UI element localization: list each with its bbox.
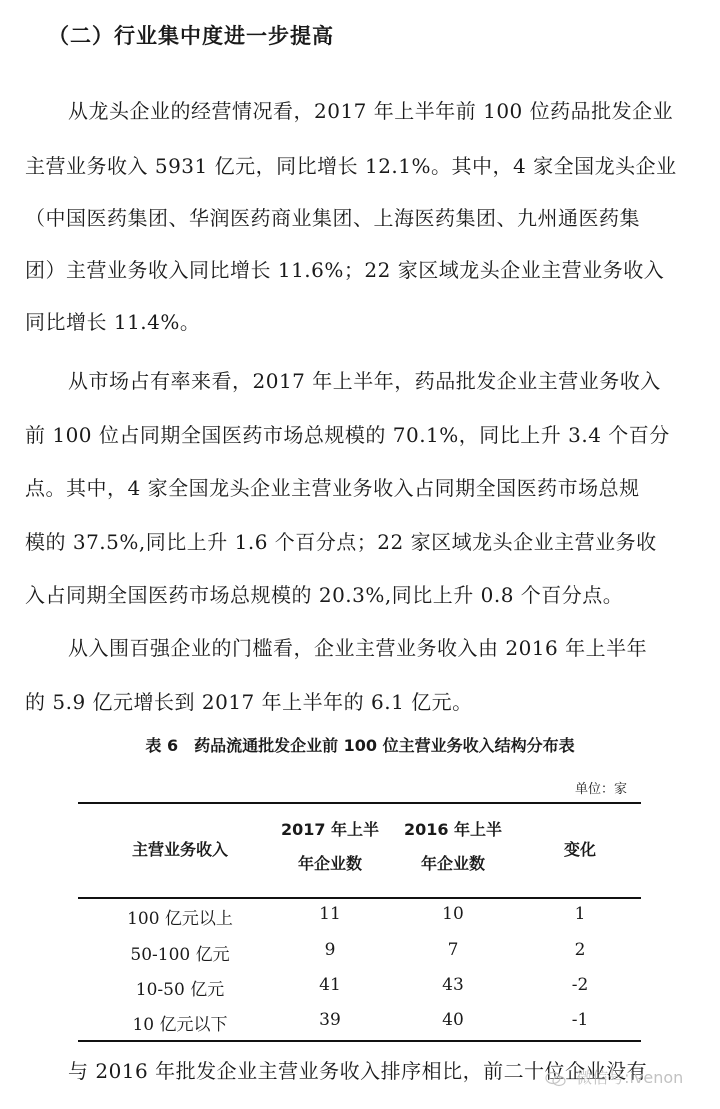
paragraph-1-line-3: （中国医药集团、华润医药商业集团、上海医药集团、九州通医药集 [25, 202, 640, 231]
cell-range: 100 亿元以上 [100, 904, 260, 929]
header-2017: 2017 年上半 年企业数 [260, 813, 400, 881]
watermark-text: 微信号:ivenon [576, 1068, 683, 1087]
cell-range: 50-100 亿元 [100, 940, 260, 965]
cell-range: 10 亿元以下 [100, 1010, 260, 1035]
header-revenue: 主营业务收入 [100, 833, 260, 867]
cell-change: -1 [505, 1010, 655, 1030]
paragraph-3-line-2: 的 5.9 亿元增长到 2017 年上半年的 6.1 亿元。 [25, 686, 473, 715]
paragraph-1-line-4: 团）主营业务收入同比增长 11.6%；22 家区域龙头企业主营业务收入 [25, 254, 664, 283]
paragraph-2-line-2: 前 100 位占同期全国医药市场总规模的 70.1%，同比上升 3.4 个百分 [25, 419, 670, 448]
paragraph-2-line-1: 从市场占有率来看，2017 年上半年，药品批发企业主营业务收入 [68, 365, 661, 394]
paragraph-3-line-1: 从入围百强企业的门槛看，企业主营业务收入由 2016 年上半年 [68, 632, 647, 661]
cell-range: 10-50 亿元 [100, 975, 260, 1000]
paragraph-1-line-2: 主营业务收入 5931 亿元，同比增长 12.1%。其中，4 家全国龙头企业 [25, 150, 677, 179]
header-2016-line1: 2016 年上半 [383, 813, 523, 847]
paragraph-2-line-4: 模的 37.5%,同比上升 1.6 个百分点；22 家区域龙头企业主营业务收 [25, 526, 657, 555]
header-2017-line2: 年企业数 [260, 847, 400, 881]
table-header-rule [78, 897, 641, 899]
watermark: 微信号:ivenon [545, 1065, 683, 1088]
table-top-rule [78, 802, 641, 804]
table-caption: 表 6 药品流通批发企业前 100 位主营业务收入结构分布表 [0, 733, 720, 756]
header-change-label: 变化 [564, 840, 596, 859]
table-unit: 单位：家 [575, 778, 627, 797]
paragraph-1-line-1: 从龙头企业的经营情况看，2017 年上半年前 100 位药品批发企业 [68, 95, 673, 124]
paragraph-1-line-5: 同比增长 11.4%。 [25, 306, 200, 335]
paragraph-2-line-5: 入占同期全国医药市场总规模的 20.3%,同比上升 0.8 个百分点。 [25, 579, 623, 608]
header-2017-line1: 2017 年上半 [260, 813, 400, 847]
header-change: 变化 [520, 833, 640, 867]
cell-change: -2 [505, 975, 655, 995]
table-bottom-rule [78, 1040, 641, 1042]
paragraph-2-line-3: 点。其中，4 家全国龙头企业主营业务收入占同期全国医药市场总规 [25, 472, 640, 501]
header-2016: 2016 年上半 年企业数 [383, 813, 523, 881]
header-revenue-label: 主营业务收入 [132, 840, 228, 859]
cell-change: 1 [505, 904, 655, 924]
wechat-icon [545, 1071, 567, 1087]
header-2016-line2: 年企业数 [383, 847, 523, 881]
section-heading: （二）行业集中度进一步提高 [48, 20, 334, 50]
cell-change: 2 [505, 940, 655, 960]
